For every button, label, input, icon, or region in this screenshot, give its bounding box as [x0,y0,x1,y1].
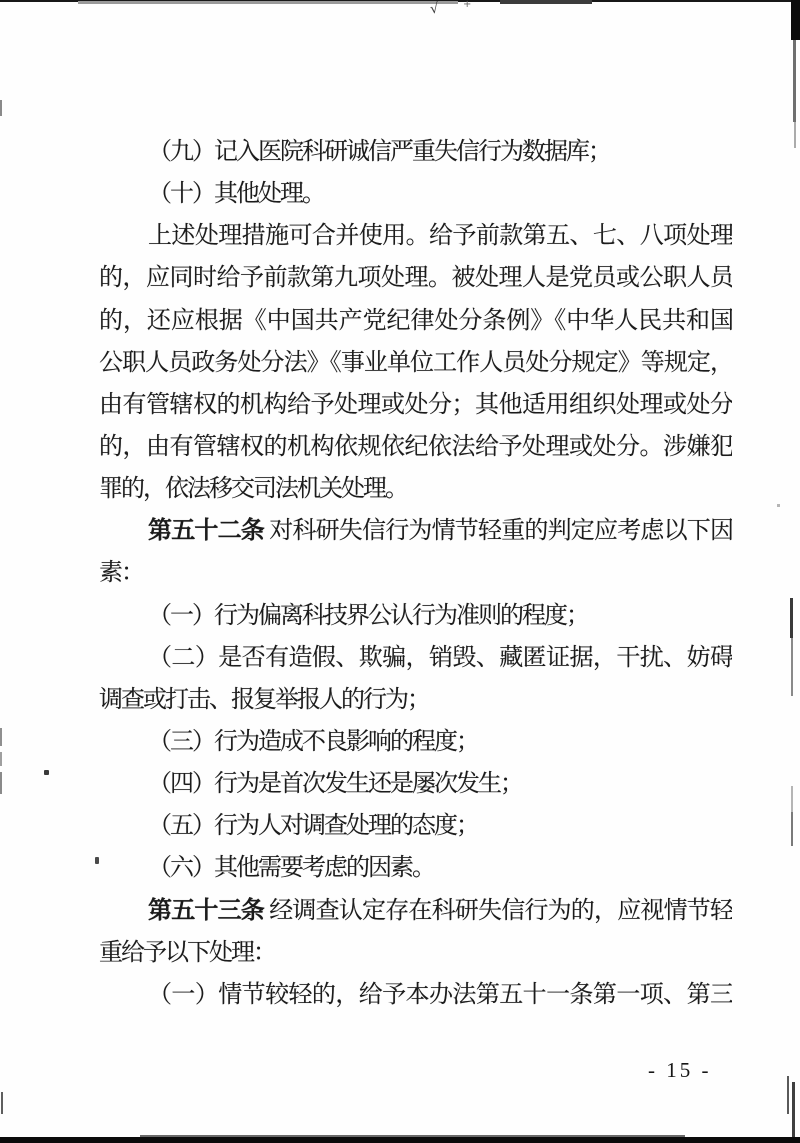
article-number: 第五十二条 [148,518,264,544]
scan-edge-line-top-gray [78,1,458,4]
scan-speckle [44,770,49,775]
scan-edge-line-top [0,0,800,2]
text-segment: 上述处理措施可合并使用。给予前款第五、七、八项处理 [148,223,732,249]
text-line: （二）是否有造假、欺骗，销毁、藏匿证据，干扰、妨碍 [99,637,732,679]
scan-edge-line-right [793,40,796,122]
text-line: （十）其他处理。 [99,173,732,215]
scan-corner-top-right [791,0,800,40]
text-segment: 重给予以下处理： [99,940,275,966]
text-line: （六）其他需要考虑的因素。 [99,847,732,889]
text-segment: （一）情节较轻的，给予本办法第五十一条第一项、第三 [148,982,732,1008]
page-number: - 15 - [648,1058,712,1083]
text-line: 调查或打击、报复举报人的行为； [99,679,732,721]
text-line: 第五十三条 经调查认定存在科研失信行为的，应视情节轻 [99,890,732,932]
scan-edge-line-right [787,1076,789,1114]
scan-edge-line-left [0,100,2,116]
text-line: 的，由有管辖权的机构依规依纪依法给予处理或处分。涉嫌犯 [99,426,732,468]
text-segment: 公职人员政务处分法》《事业单位工作人员处分规定》等规定， [99,350,732,376]
scan-edge-line-left [0,772,2,794]
text-segment: 素： [99,560,143,586]
scan-speckle [777,504,780,507]
text-line: 公职人员政务处分法》《事业单位工作人员处分规定》等规定， [99,342,732,384]
text-line: 重给予以下处理： [99,932,732,974]
text-segment: （五）行为人对调查处理的态度； [148,813,478,839]
text-line: （三）行为造成不良影响的程度； [99,721,732,763]
scan-edge-line-right [792,1082,795,1143]
scanned-document-page: { "colors": { "paper": "#fefefe", "ink":… [0,0,800,1143]
text-line: （四）行为是首次发生还是屡次发生； [99,763,732,805]
text-line: 的，还应根据《中国共产党纪律处分条例》《中华人民共和国 [99,300,732,342]
text-segment: 的，由有管辖权的机构依规依纪依法给予处理或处分。涉嫌犯 [99,434,732,460]
text-segment: （二）是否有造假、欺骗，销毁、藏匿证据，干扰、妨碍 [148,645,732,671]
text-segment: 的，还应根据《中国共产党纪律处分条例》《中华人民共和国 [99,308,732,334]
text-segment: （一）行为偏离科技界公认行为准则的程度； [148,603,588,629]
text-segment: 调查或打击、报复举报人的行为； [99,687,429,713]
scan-edge-line-right [791,638,793,696]
pen-plus-mark: + [463,0,471,10]
text-segment: （六）其他需要考虑的因素。 [148,855,434,881]
scan-edge-bar-bottom [0,1137,800,1143]
scan-edge-line-left [1,1092,3,1114]
text-line: 第五十二条 对科研失信行为情节轻重的判定应考虑以下因 [99,510,732,552]
text-line: 罪的，依法移交司法机关处理。 [99,468,732,510]
scan-edge-line-left [0,752,2,766]
scan-edge-line-left [0,728,2,746]
text-segment: 的，应同时给予前款第九项处理。被处理人是党员或公职人员 [99,265,732,291]
text-line: 由有管辖权的机构给予处理或处分；其他适用组织处理或处分 [99,384,732,426]
text-segment: （四）行为是首次发生还是屡次发生； [148,771,522,797]
scan-edge-line-right [791,786,793,812]
article-number: 第五十三条 [148,898,264,924]
text-line: （一）行为偏离科技界公认行为准则的程度； [99,595,732,637]
text-line: 上述处理措施可合并使用。给予前款第五、七、八项处理 [99,215,732,257]
pen-check-mark: √ [429,0,440,17]
text-segment: 罪的，依法移交司法机关处理。 [99,476,407,502]
text-segment: 由有管辖权的机构给予处理或处分；其他适用组织处理或处分 [99,392,732,418]
text-line: （九）记入医院科研诚信严重失信行为数据库； [99,131,732,173]
text-segment: 经调查认定存在科研失信行为的，应视情节轻 [264,898,732,924]
scan-edge-line-right [791,812,793,846]
text-line: （五）行为人对调查处理的态度； [99,805,732,847]
scan-edge-line-top-dark [500,0,592,4]
scan-edge-line-right [794,122,796,148]
text-line: 素： [99,552,732,594]
text-segment: （三）行为造成不良影响的程度； [148,729,478,755]
document-text-block: （九）记入医院科研诚信严重失信行为数据库；（十）其他处理。上述处理措施可合并使用… [99,131,732,1016]
text-segment: 对科研失信行为情节轻重的判定应考虑以下因 [264,518,732,544]
scan-edge-line-right [790,598,793,638]
scan-edge-line-bottom-gray [140,1135,685,1137]
text-segment: （九）记入医院科研诚信严重失信行为数据库； [148,139,610,165]
text-segment: （十）其他处理。 [148,181,324,207]
text-line: 的，应同时给予前款第九项处理。被处理人是党员或公职人员 [99,257,732,299]
text-line: （一）情节较轻的，给予本办法第五十一条第一项、第三 [99,974,732,1016]
